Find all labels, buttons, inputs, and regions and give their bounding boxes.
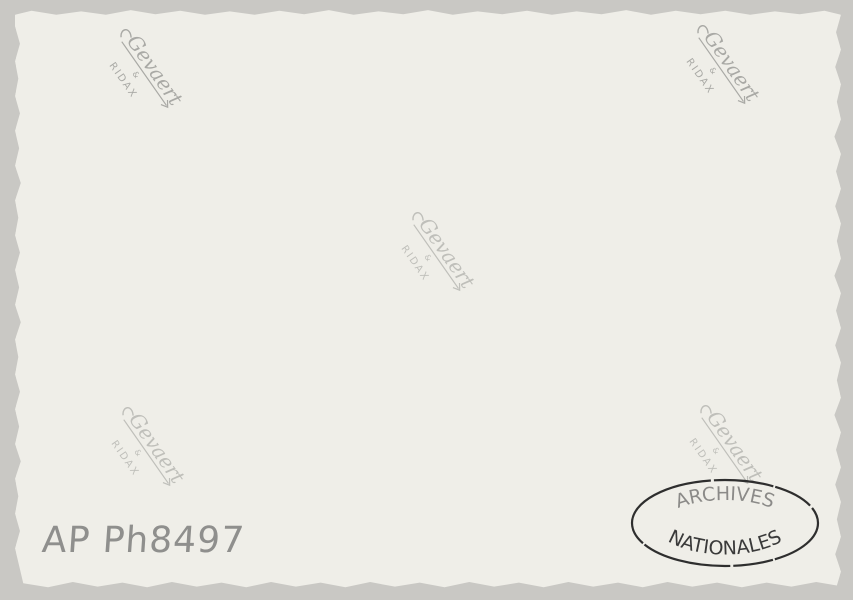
watermark-sub: RIDAX [399, 244, 432, 284]
watermark-connector: & [132, 448, 143, 458]
watermark-connector: & [710, 446, 721, 456]
watermark-sub: RIDAX [107, 61, 140, 101]
watermark-connector: & [707, 66, 718, 76]
watermark-gevaert-ridax-bottom-left: Gevaert & RIDAX [90, 400, 200, 500]
watermark-gevaert-ridax-top-right: Gevaert & RIDAX [665, 18, 775, 118]
watermark-connector: & [422, 253, 433, 263]
archives-nationales-stamp: ARCHIVES NATIONALES [630, 478, 820, 568]
stamp-top-text: ARCHIVES [673, 483, 778, 513]
watermark-connector: & [130, 70, 141, 80]
watermark-gevaert-ridax-center: Gevaert & RIDAX [380, 205, 490, 305]
watermark-gevaert-ridax-top-left: Gevaert & RIDAX [88, 22, 198, 122]
watermark-sub: RIDAX [687, 437, 720, 477]
handwritten-shelfmark: AP Ph8497 [41, 520, 247, 561]
watermark-sub: RIDAX [109, 439, 142, 479]
watermark-sub: RIDAX [684, 57, 717, 97]
stamp-bottom-text: NATIONALES [665, 526, 785, 560]
